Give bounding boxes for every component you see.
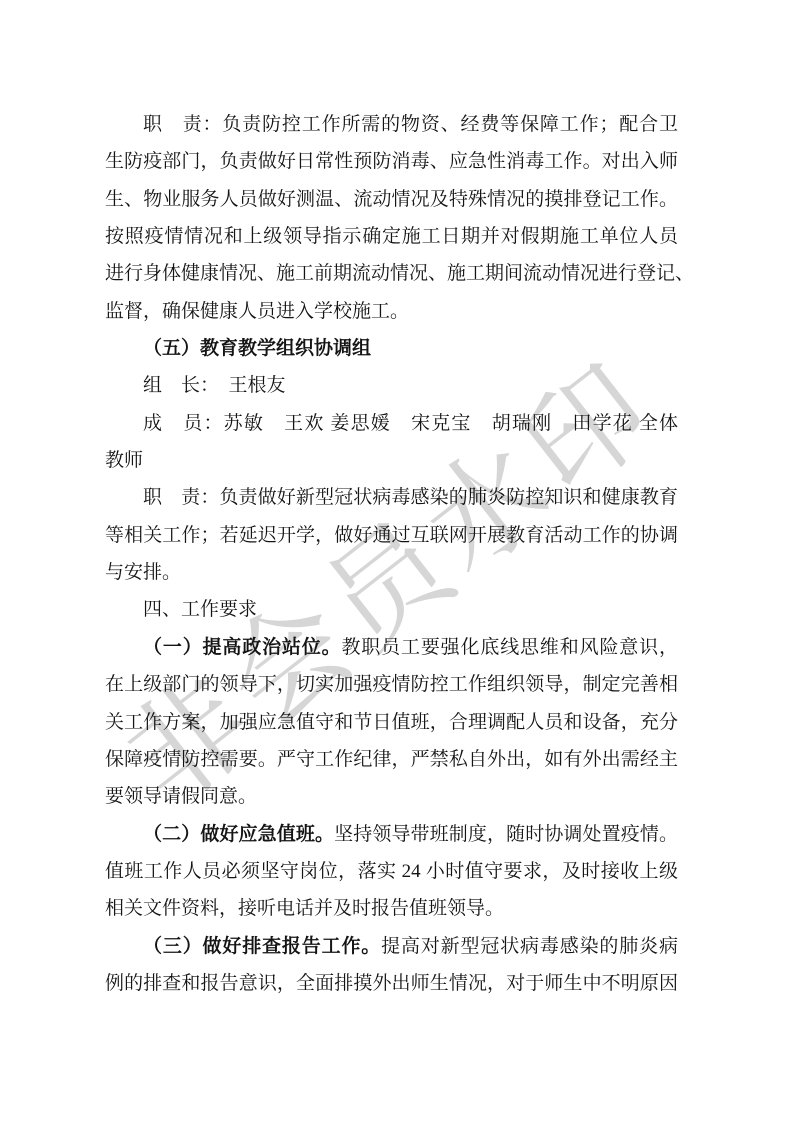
paragraph: （五）教育教学组织协调组 <box>105 330 678 367</box>
paragraph: （三）做好排查报告工作。提高对新型冠状病毒感染的肺炎病例的排查和报告意识，全面排… <box>105 928 678 1003</box>
text-line: 相关文件资料，接听电话并及时报告值班领导。 <box>105 890 678 927</box>
document-page: 非会员水印 职 责：负责防控工作所需的物资、经费等保障工作；配合卫生防疫部门，负… <box>0 0 793 1122</box>
paragraph: 职 责：负责做好新型冠状病毒感染的肺炎防控知识和健康教育等相关工作；若延迟开学，… <box>105 479 678 591</box>
text-line: （五）教育教学组织协调组 <box>105 330 678 367</box>
text-line: 值班工作人员必须坚守岗位，落实 24 小时值守要求，及时接收上级 <box>105 853 678 890</box>
bold-run: （二）做好应急值班。 <box>143 824 334 845</box>
text-line: 等相关工作；若延迟开学，做好通过互联网开展教育活动工作的协调 <box>105 517 678 554</box>
text-line: 要领导请假同意。 <box>105 778 678 815</box>
text-line: 进行身体健康情况、施工前期流动情况、施工期间流动情况进行登记、 <box>105 255 678 292</box>
text-line: 关工作方案，加强应急值守和节日值班，合理调配人员和设备，充分 <box>105 704 678 741</box>
text-line: 按照疫情情况和上级领导指示确定施工日期并对假期施工单位人员 <box>105 218 678 255</box>
bold-run: （一）提高政治站位。 <box>143 637 341 658</box>
text-line: （二）做好应急值班。坚持领导带班制度，随时协调处置疫情。 <box>105 816 678 853</box>
text-line: 保障疫情防控需要。严守工作纪律，严禁私自外出，如有外出需经主 <box>105 741 678 778</box>
text-line: （三）做好排查报告工作。提高对新型冠状病毒感染的肺炎病 <box>105 928 678 965</box>
document-body: 职 责：负责防控工作所需的物资、经费等保障工作；配合卫生防疫部门，负责做好日常性… <box>105 106 678 1002</box>
paragraph: 四、工作要求 <box>105 591 678 628</box>
text-line: 监督，确保健康人员进入学校施工。 <box>105 293 678 330</box>
text-line: 与安排。 <box>105 554 678 591</box>
text-line: 教师 <box>105 442 678 479</box>
text-line: 组 长： 王根友 <box>105 367 678 404</box>
text-line: 例的排查和报告意识，全面排摸外出师生情况，对于师生中不明原因 <box>105 965 678 1002</box>
text-line: 四、工作要求 <box>105 591 678 628</box>
bold-run: （五）教育教学组织协调组 <box>143 338 371 359</box>
paragraph: （一）提高政治站位。教职员工要强化底线思维和风险意识，在上级部门的领导下，切实加… <box>105 629 678 816</box>
text-line: 职 责：负责防控工作所需的物资、经费等保障工作；配合卫 <box>105 106 678 143</box>
paragraph: （二）做好应急值班。坚持领导带班制度，随时协调处置疫情。值班工作人员必须坚守岗位… <box>105 816 678 928</box>
text-line: 成 员：苏敏 王欢 姜思媛 宋克宝 胡瑞刚 田学花 全体 <box>105 405 678 442</box>
text-line: （一）提高政治站位。教职员工要强化底线思维和风险意识， <box>105 629 678 666</box>
text-line: 在上级部门的领导下，切实加强疫情防控工作组织领导，制定完善相 <box>105 666 678 703</box>
text-line: 职 责：负责做好新型冠状病毒感染的肺炎防控知识和健康教育 <box>105 479 678 516</box>
paragraph: 组 长： 王根友 <box>105 367 678 404</box>
bold-run: （三）做好排查报告工作。 <box>143 936 381 957</box>
paragraph: 成 员：苏敏 王欢 姜思媛 宋克宝 胡瑞刚 田学花 全体教师 <box>105 405 678 480</box>
text-line: 生防疫部门，负责做好日常性预防消毒、应急性消毒工作。对出入师 <box>105 143 678 180</box>
paragraph: 职 责：负责防控工作所需的物资、经费等保障工作；配合卫生防疫部门，负责做好日常性… <box>105 106 678 330</box>
text-line: 生、物业服务人员做好测温、流动情况及特殊情况的摸排登记工作。 <box>105 181 678 218</box>
